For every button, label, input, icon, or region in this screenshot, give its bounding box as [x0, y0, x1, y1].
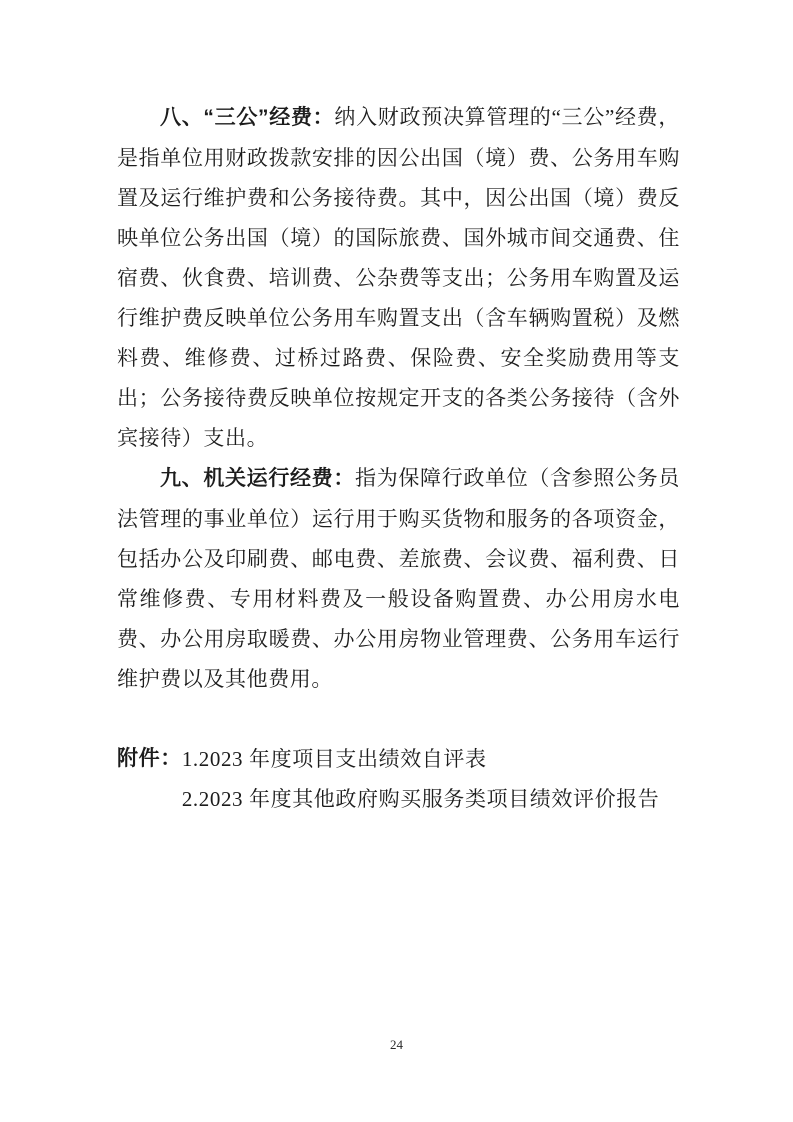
paragraph-lead-agency-operating: 九、机关运行经费：	[160, 467, 355, 490]
document-page: 八、“三公”经费：纳入财政预决算管理的“三公”经费，是指单位用财政拨款安排的因公…	[0, 0, 793, 1122]
paragraph-body-agency-operating: 指为保障行政单位（含参照公务员法管理的事业单位）运行用于购买货物和服务的各项资金…	[117, 466, 680, 691]
attachment-item-2: 2.2023 年度其他政府购买服务类项目绩效评价报告	[182, 779, 680, 819]
document-content: 八、“三公”经费：纳入财政预决算管理的“三公”经费，是指单位用财政拨款安排的因公…	[117, 97, 680, 819]
page-number: 24	[0, 1036, 793, 1054]
attachment-label: 附件：	[117, 739, 182, 779]
attachment-item-1: 1.2023 年度项目支出绩效自评表	[182, 739, 680, 779]
paragraph-agency-operating-expenses: 九、机关运行经费：指为保障行政单位（含参照公务员法管理的事业单位）运行用于购买货…	[117, 458, 680, 699]
paragraph-sangong-expenses: 八、“三公”经费：纳入财政预决算管理的“三公”经费，是指单位用财政拨款安排的因公…	[117, 97, 680, 458]
paragraph-body-sangong: 纳入财政预决算管理的“三公”经费，是指单位用财政拨款安排的因公出国（境）费、公务…	[117, 105, 680, 450]
paragraph-lead-sangong: 八、“三公”经费：	[160, 106, 334, 129]
attachment-block: 附件： 1.2023 年度项目支出绩效自评表 2.2023 年度其他政府购买服务…	[117, 739, 680, 819]
attachment-list: 1.2023 年度项目支出绩效自评表 2.2023 年度其他政府购买服务类项目绩…	[182, 739, 680, 819]
